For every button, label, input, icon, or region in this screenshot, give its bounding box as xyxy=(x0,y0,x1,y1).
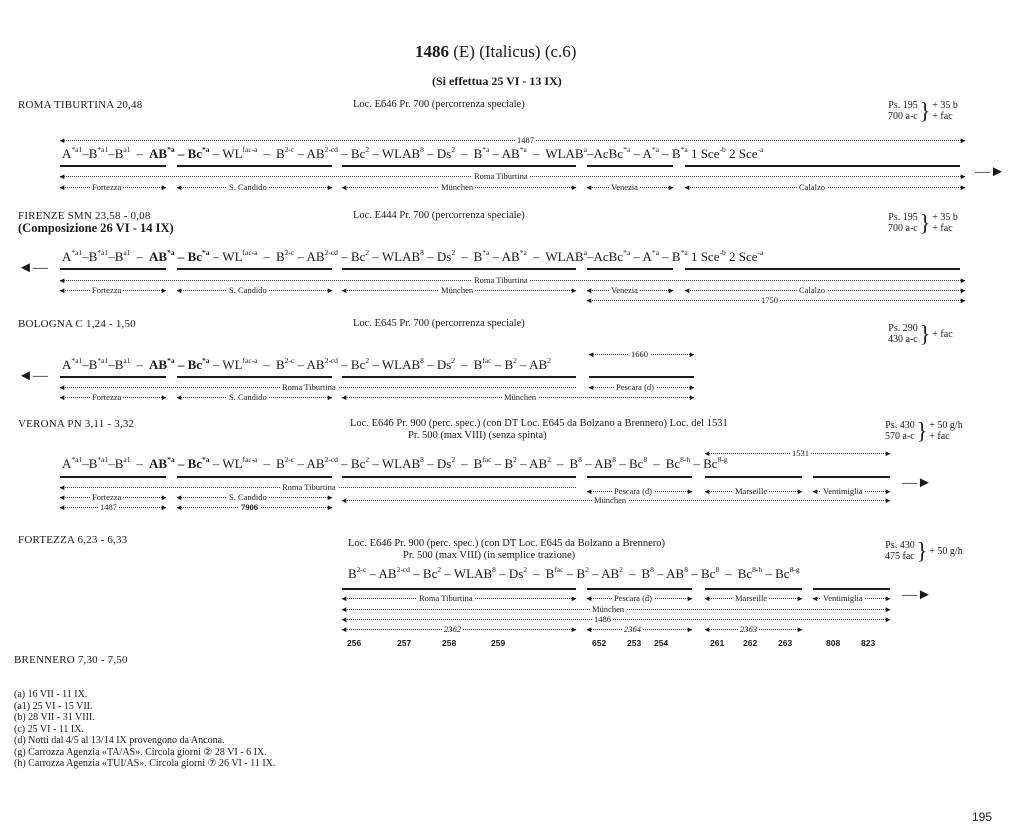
car-number: 261 xyxy=(710,638,724,648)
arrow-left-icon: ◄ xyxy=(175,394,183,402)
bracket-s-candido: ◄ S. Candido ► xyxy=(177,187,332,188)
bracket-label: München xyxy=(592,496,628,505)
validity-note: (Si effettua 25 VI - 13 IX) xyxy=(432,74,562,89)
ps-weight: Ps. 290 xyxy=(888,323,918,334)
arrow-left-icon: ◄ xyxy=(703,595,711,603)
group-underline xyxy=(587,476,692,478)
group-underline xyxy=(685,268,960,270)
bracket-label: Roma Tiburtina xyxy=(472,276,530,285)
bracket-7906: ◄ 7906 ► xyxy=(177,507,332,508)
ps-extra: + 50 g/h xyxy=(929,546,962,557)
bracket-ventimiglia: ◄ Ventimiglia ► xyxy=(813,598,890,599)
arrow-left-icon: ◄ xyxy=(585,287,593,295)
bracket-label: 1660 xyxy=(629,350,650,359)
ps-weight-ac: 700 a-c xyxy=(888,223,918,234)
bracket-label: Calalzo xyxy=(797,183,827,192)
arrow-right-icon: ► xyxy=(884,488,892,496)
direction-arrow-left-icon: ◄— xyxy=(18,261,48,276)
direction-arrow-left-icon: ◄— xyxy=(18,369,48,384)
bracket-1487: ◄ 1487 ► xyxy=(60,507,166,508)
arrow-right-icon: ► xyxy=(884,595,892,603)
arrow-right-icon: ► xyxy=(884,606,892,614)
bracket-label: 2362 xyxy=(442,625,463,634)
bracket-munchen: ◄ München ► xyxy=(342,609,890,610)
arrow-left-icon: ◄ xyxy=(58,484,66,492)
brace-icon: } xyxy=(920,99,931,122)
bracket-ventimiglia: ◄ Ventimiglia ► xyxy=(813,491,890,492)
bracket-munchen: ◄ München ► xyxy=(342,397,694,398)
bracket-label: Pescara (d) xyxy=(612,594,654,603)
bracket-label: Fortezza xyxy=(90,286,123,295)
bracket-label: München xyxy=(590,605,626,614)
footnotes: (a) 16 VII - 11 IX. (a1) 25 VI - 15 VII.… xyxy=(14,689,275,770)
station-label: ROMA TIBURTINA 20,48 xyxy=(18,99,142,111)
bracket-label: S. Candido xyxy=(227,493,269,502)
arrow-left-icon: ◄ xyxy=(58,184,66,192)
car-number: 253 xyxy=(627,638,641,648)
bracket-label: S. Candido xyxy=(227,286,269,295)
page-number: 195 xyxy=(972,810,992,824)
station-label: BOLOGNA C 1,24 - 1,50 xyxy=(18,318,136,330)
arrow-left-icon: ◄ xyxy=(340,595,348,603)
arrow-right-icon: ► xyxy=(686,595,694,603)
bracket-label: S. Candido xyxy=(227,393,269,402)
ps-weight: Ps. 195 xyxy=(888,212,918,223)
bracket-label: München xyxy=(502,393,538,402)
arrow-right-icon: ► xyxy=(160,394,168,402)
arrow-left-icon: ◄ xyxy=(175,184,183,192)
bracket-1750: ◄ 1750 ► xyxy=(587,300,965,301)
arrow-right-icon: ► xyxy=(570,626,578,634)
brace-icon: } xyxy=(917,419,928,442)
group-underline xyxy=(813,476,890,478)
bracket-pescara: ◄ Pescara (d) ► xyxy=(589,387,694,388)
bracket-calalzo: ◄ Calalzo ► xyxy=(685,187,965,188)
arrow-right-icon: ► xyxy=(326,394,334,402)
arrow-right-icon: ► xyxy=(688,394,696,402)
arrow-right-icon: ► xyxy=(884,450,892,458)
group-underline xyxy=(60,476,166,478)
arrow-left-icon: ◄ xyxy=(58,394,66,402)
group-underline xyxy=(685,165,960,167)
arrow-left-icon: ◄ xyxy=(58,277,66,285)
arrow-left-icon: ◄ xyxy=(683,184,691,192)
group-underline xyxy=(60,165,166,167)
loco-info: Loc. E444 Pr. 700 (percorrenza speciale) xyxy=(353,210,525,221)
bracket-label: Marseille xyxy=(733,487,769,496)
arrow-right-icon: ► xyxy=(959,173,967,181)
arrow-left-icon: ◄ xyxy=(585,297,593,305)
ps-extra: + 35 b xyxy=(932,212,958,223)
bracket-roma-tiburtina: ◄ Roma Tiburtina xyxy=(60,387,576,388)
car-group: A*a1–B*a1–Ba1 xyxy=(62,145,131,162)
bracket-label: 2364 xyxy=(622,625,643,634)
arrow-left-icon: ◄ xyxy=(340,616,348,624)
group-underline xyxy=(60,268,166,270)
loco-info-2: Pr. 500 (max VIII) (in semplice trazione… xyxy=(403,550,575,561)
train-meta: (E) (Italicus) (c.6) xyxy=(453,42,576,61)
arrow-right-icon: ► xyxy=(796,488,804,496)
bracket-1531: ◄ 1531 ► xyxy=(705,453,890,454)
arrow-right-icon: ► xyxy=(884,497,892,505)
footnote-h: (h) Carrozza Agenzia «TUI/AS». Circola g… xyxy=(14,758,275,770)
bracket-label: Fortezza xyxy=(90,183,123,192)
arrow-right-icon: ► xyxy=(326,494,334,502)
arrow-right-icon: ► xyxy=(686,488,694,496)
bracket-fortezza: ◄ Fortezza ► xyxy=(60,497,166,498)
bracket-2362: ◄ 2362 ► xyxy=(342,629,576,630)
group-underline xyxy=(60,376,166,378)
bracket-label: 1531 xyxy=(790,449,811,458)
ps-weight-ac: 430 a-c xyxy=(888,334,918,345)
arrow-left-icon: ◄ xyxy=(683,287,691,295)
bracket-label: Calalzo xyxy=(797,286,827,295)
bracket-label: Venezia xyxy=(609,286,640,295)
group-underline xyxy=(587,165,673,167)
group-underline xyxy=(587,588,692,590)
bracket-label: München xyxy=(439,183,475,192)
arrow-left-icon: ◄ xyxy=(585,626,593,634)
bracket-roma-tiburtina: ◄ Roma Tiburtina ► xyxy=(60,280,965,281)
bracket-fortezza: ◄ Fortezza ► xyxy=(60,397,166,398)
footnote-a: (a) 16 VII - 11 IX. xyxy=(14,689,275,701)
ps-extra-fac: + fac xyxy=(932,223,958,234)
group-underline xyxy=(705,476,802,478)
ps-weight: Ps. 195 xyxy=(888,100,918,111)
bracket-pescara: ◄ Pescara (d) ► xyxy=(587,491,692,492)
loco-info-2: Pr. 500 (max VIII) (senza spinta) xyxy=(408,430,547,441)
bracket-s-candido: ◄ S. Candido ► xyxy=(177,397,332,398)
bracket-1486: ◄ 1486 ► xyxy=(342,619,890,620)
arrow-left-icon: ◄ xyxy=(58,287,66,295)
ps-weight-ac: 700 a-c xyxy=(888,111,918,122)
loco-info: Loc. E646 Pr. 900 (perc. spec.) (con DT … xyxy=(348,538,665,549)
bracket-venezia: ◄ Venezia ► xyxy=(587,290,673,291)
bracket-label: S. Candido xyxy=(227,183,269,192)
bracket-label: München xyxy=(439,286,475,295)
arrow-left-icon: ◄ xyxy=(58,384,66,392)
ps-weight: Ps. 430 xyxy=(885,420,915,431)
group-underline xyxy=(342,268,576,270)
group-underline xyxy=(342,376,576,378)
car-number: 262 xyxy=(743,638,757,648)
bracket-munchen: ◄ München ► xyxy=(342,500,890,501)
arrow-left-icon: ◄ xyxy=(58,494,66,502)
arrow-left-icon: ◄ xyxy=(811,595,819,603)
arrow-left-icon: ◄ xyxy=(175,287,183,295)
bracket-label: Venezia xyxy=(609,183,640,192)
bracket-roma-tiburtina: ◄ Roma Tiburtina ► xyxy=(342,598,576,599)
ps-info: Ps. 290430 a-c } + fac xyxy=(888,323,953,345)
bracket-2363: ◄ 2363 ► xyxy=(705,629,802,630)
arrow-left-icon: ◄ xyxy=(340,606,348,614)
group-underline xyxy=(177,165,332,167)
ps-weight-ac: 570 a-c xyxy=(885,431,915,442)
brace-icon: } xyxy=(917,539,928,562)
arrow-right-icon: ► xyxy=(959,277,967,285)
ps-extra-fac: + fac xyxy=(929,431,962,442)
train-number: 1486 xyxy=(415,42,449,61)
car-number: 259 xyxy=(491,638,505,648)
arrow-left-icon: ◄ xyxy=(175,504,183,512)
arrow-right-icon: ► xyxy=(959,137,967,145)
station-label: FORTEZZA 6,23 - 6,33 xyxy=(18,534,127,546)
page-title: 1486 (E) (Italicus) (c.6) xyxy=(415,42,576,62)
bracket-1487: ◄ 1487 ► xyxy=(60,140,965,141)
arrival-station: BRENNERO 7,30 - 7,50 xyxy=(14,654,128,666)
arrow-right-icon: ► xyxy=(326,504,334,512)
bracket-venezia: ◄ Venezia ► xyxy=(587,187,673,188)
bracket-label: Roma Tiburtina xyxy=(472,172,530,181)
arrow-left-icon: ◄ xyxy=(340,497,348,505)
bracket-munchen: ◄ München ► xyxy=(342,187,576,188)
loco-info: Loc. E646 Pr. 700 (percorrenza speciale) xyxy=(353,99,525,110)
bracket-label: 2363 xyxy=(738,625,759,634)
bracket-fortezza: ◄ Fortezza ► xyxy=(60,290,166,291)
arrow-left-icon: ◄ xyxy=(58,173,66,181)
bracket-label: 1487 xyxy=(515,136,536,145)
arrow-right-icon: ► xyxy=(959,297,967,305)
bracket-pescara: ◄ Pescara (d) ► xyxy=(587,598,692,599)
arrow-left-icon: ◄ xyxy=(340,626,348,634)
group-underline xyxy=(177,376,332,378)
car-number: 823 xyxy=(861,638,875,648)
arrow-left-icon: ◄ xyxy=(703,488,711,496)
car-number: 258 xyxy=(442,638,456,648)
arrow-right-icon: ► xyxy=(959,287,967,295)
bracket-label: Roma Tiburtina xyxy=(417,594,475,603)
composition-row: A*a1–B*a1–Ba1–AB*a – Bc*a – WLfac-a–B2-c… xyxy=(62,248,763,265)
arrow-left-icon: ◄ xyxy=(58,504,66,512)
arrow-right-icon: ► xyxy=(160,287,168,295)
bracket-roma-tiburtina: ◄ Roma Tiburtina ► xyxy=(60,176,965,177)
arrow-right-icon: ► xyxy=(796,595,804,603)
direction-arrow-right-icon: —► xyxy=(902,476,932,491)
arrow-left-icon: ◄ xyxy=(585,488,593,496)
bracket-s-candido: ◄ S. Candido ► xyxy=(177,290,332,291)
car-group: AB*a – Bc*a – WLfac-a xyxy=(149,145,257,162)
arrow-left-icon: ◄ xyxy=(175,494,183,502)
arrow-left-icon: ◄ xyxy=(340,394,348,402)
loco-info: Loc. E646 Pr. 900 (perc. spec.) (con DT … xyxy=(350,418,728,429)
bracket-label: Roma Tiburtina xyxy=(280,483,338,492)
footnote-g: (g) Carrozza Agenzia «TA/AS». Circola gi… xyxy=(14,747,275,759)
arrow-left-icon: ◄ xyxy=(58,137,66,145)
arrow-right-icon: ► xyxy=(160,184,168,192)
ps-info: Ps. 195700 a-c } + 35 b+ fac xyxy=(888,212,958,234)
car-group: B2-c – AB2-cd – Bc2 – WLAB8 – Ds2 xyxy=(276,145,455,162)
bracket-label: Pescara (d) xyxy=(614,383,656,392)
bracket-1660: ◄ 1660 ► xyxy=(589,354,694,355)
composition-row: B2-c – AB2-cd – Bc2 – WLAB8 – Ds2–Bfac –… xyxy=(348,565,800,582)
arrow-left-icon: ◄ xyxy=(585,184,593,192)
bracket-label: 1486 xyxy=(592,615,613,624)
group-underline xyxy=(342,476,576,478)
station-label: VERONA PN 3,11 - 3,32 xyxy=(18,418,134,430)
ps-info: Ps. 195700 a-c } + 35 b+ fac xyxy=(888,100,958,122)
bracket-label: Marseille xyxy=(733,594,769,603)
ps-weight: Ps. 430 xyxy=(885,540,915,551)
group-underline xyxy=(177,476,332,478)
bracket-label: Fortezza xyxy=(90,393,123,402)
ps-extra-fac: + fac xyxy=(932,111,958,122)
arrow-right-icon: ► xyxy=(884,616,892,624)
ps-info: Ps. 430570 a-c } + 50 g/h+ fac xyxy=(885,420,963,442)
arrow-left-icon: ◄ xyxy=(340,184,348,192)
arrow-left-icon: ◄ xyxy=(811,488,819,496)
brace-icon: } xyxy=(920,322,931,345)
bracket-s-candido: ◄ S. Candido ► xyxy=(177,497,332,498)
bracket-roma-tiburtina: ◄ Roma Tiburtina xyxy=(60,487,576,488)
group-underline xyxy=(589,376,694,378)
bracket-label: Fortezza xyxy=(90,493,123,502)
bracket-marseille: ◄ Marseille ► xyxy=(705,598,802,599)
bracket-label: Ventimiglia xyxy=(821,487,865,496)
car-number: 256 xyxy=(347,638,361,648)
composition-row: A*a1–B*a1–Ba1–AB*a – Bc*a – WLfac-a–B2-c… xyxy=(62,356,551,373)
arrow-right-icon: ► xyxy=(570,287,578,295)
ps-extra-fac: + fac xyxy=(932,329,952,340)
arrow-right-icon: ► xyxy=(667,287,675,295)
car-number: 263 xyxy=(778,638,792,648)
car-number: 257 xyxy=(397,638,411,648)
arrow-right-icon: ► xyxy=(326,287,334,295)
arrow-right-icon: ► xyxy=(160,494,168,502)
arrow-right-icon: ► xyxy=(570,595,578,603)
footnote-d: (d) Notti dal 4/5 al 13/14 IX provengono… xyxy=(14,735,275,747)
ps-extra: + 35 b xyxy=(932,100,958,111)
group-underline xyxy=(587,268,673,270)
arrow-left-icon: ◄ xyxy=(587,351,595,359)
car-group: WLABa–AcBc*a – A*a – B*a 1 Sce-b 2 Sce-a xyxy=(545,145,763,162)
bracket-label: Ventimiglia xyxy=(821,594,865,603)
direction-arrow-right-icon: —► xyxy=(975,165,1005,180)
car-number: 652 xyxy=(592,638,606,648)
bracket-label: 7906 xyxy=(239,503,260,512)
arrow-left-icon: ◄ xyxy=(587,384,595,392)
arrow-right-icon: ► xyxy=(686,626,694,634)
group-underline xyxy=(177,268,332,270)
bracket-label: 1750 xyxy=(759,296,780,305)
group-underline xyxy=(342,165,576,167)
composition-row: A*a1–B*a1–Ba1–AB*a – Bc*a – WLfac-a–B2-c… xyxy=(62,145,763,162)
group-underline xyxy=(813,588,890,590)
ps-extra: + 50 g/h xyxy=(929,420,962,431)
group-underline xyxy=(705,588,802,590)
bracket-label: 1487 xyxy=(98,503,119,512)
arrow-left-icon: ◄ xyxy=(703,626,711,634)
arrow-left-icon: ◄ xyxy=(340,287,348,295)
arrow-right-icon: ► xyxy=(688,384,696,392)
group-underline xyxy=(342,588,576,590)
arrow-right-icon: ► xyxy=(160,504,168,512)
loco-info: Loc. E645 Pr. 700 (percorrenza speciale) xyxy=(353,318,525,329)
ps-weight-fac: 475 fac xyxy=(885,551,915,562)
arrow-right-icon: ► xyxy=(959,184,967,192)
composition-note: (Composizione 26 VI - 14 IX) xyxy=(18,221,174,236)
ps-info: Ps. 430475 fac } + 50 g/h xyxy=(885,540,963,562)
bracket-2364: ◄ 2364 ► xyxy=(587,629,692,630)
bracket-label: Roma Tiburtina xyxy=(280,383,338,392)
arrow-right-icon: ► xyxy=(326,184,334,192)
composition-row: A*a1–B*a1–Ba1–AB*a – Bc*a – WLfac-a–B2-c… xyxy=(62,455,728,472)
car-number: 808 xyxy=(826,638,840,648)
arrow-right-icon: ► xyxy=(796,626,804,634)
bracket-munchen: ◄ München ► xyxy=(342,290,576,291)
arrow-right-icon: ► xyxy=(667,184,675,192)
arrow-right-icon: ► xyxy=(688,351,696,359)
car-number: 254 xyxy=(654,638,668,648)
bracket-fortezza: ◄ Fortezza ► xyxy=(60,187,166,188)
footnote-b: (b) 28 VII - 31 VIII. xyxy=(14,712,275,724)
bracket-marseille: ◄ Marseille ► xyxy=(705,491,802,492)
footnote-a1: (a1) 25 VI - 15 VII. xyxy=(14,701,275,713)
arrow-right-icon: ► xyxy=(570,184,578,192)
bracket-calalzo: ◄ Calalzo ► xyxy=(685,290,965,291)
brace-icon: } xyxy=(920,211,931,234)
footnote-c: (c) 25 VI - 11 IX. xyxy=(14,724,275,736)
car-group: B*a – AB*a xyxy=(474,145,527,162)
direction-arrow-right-icon: —► xyxy=(902,588,932,603)
arrow-left-icon: ◄ xyxy=(585,595,593,603)
